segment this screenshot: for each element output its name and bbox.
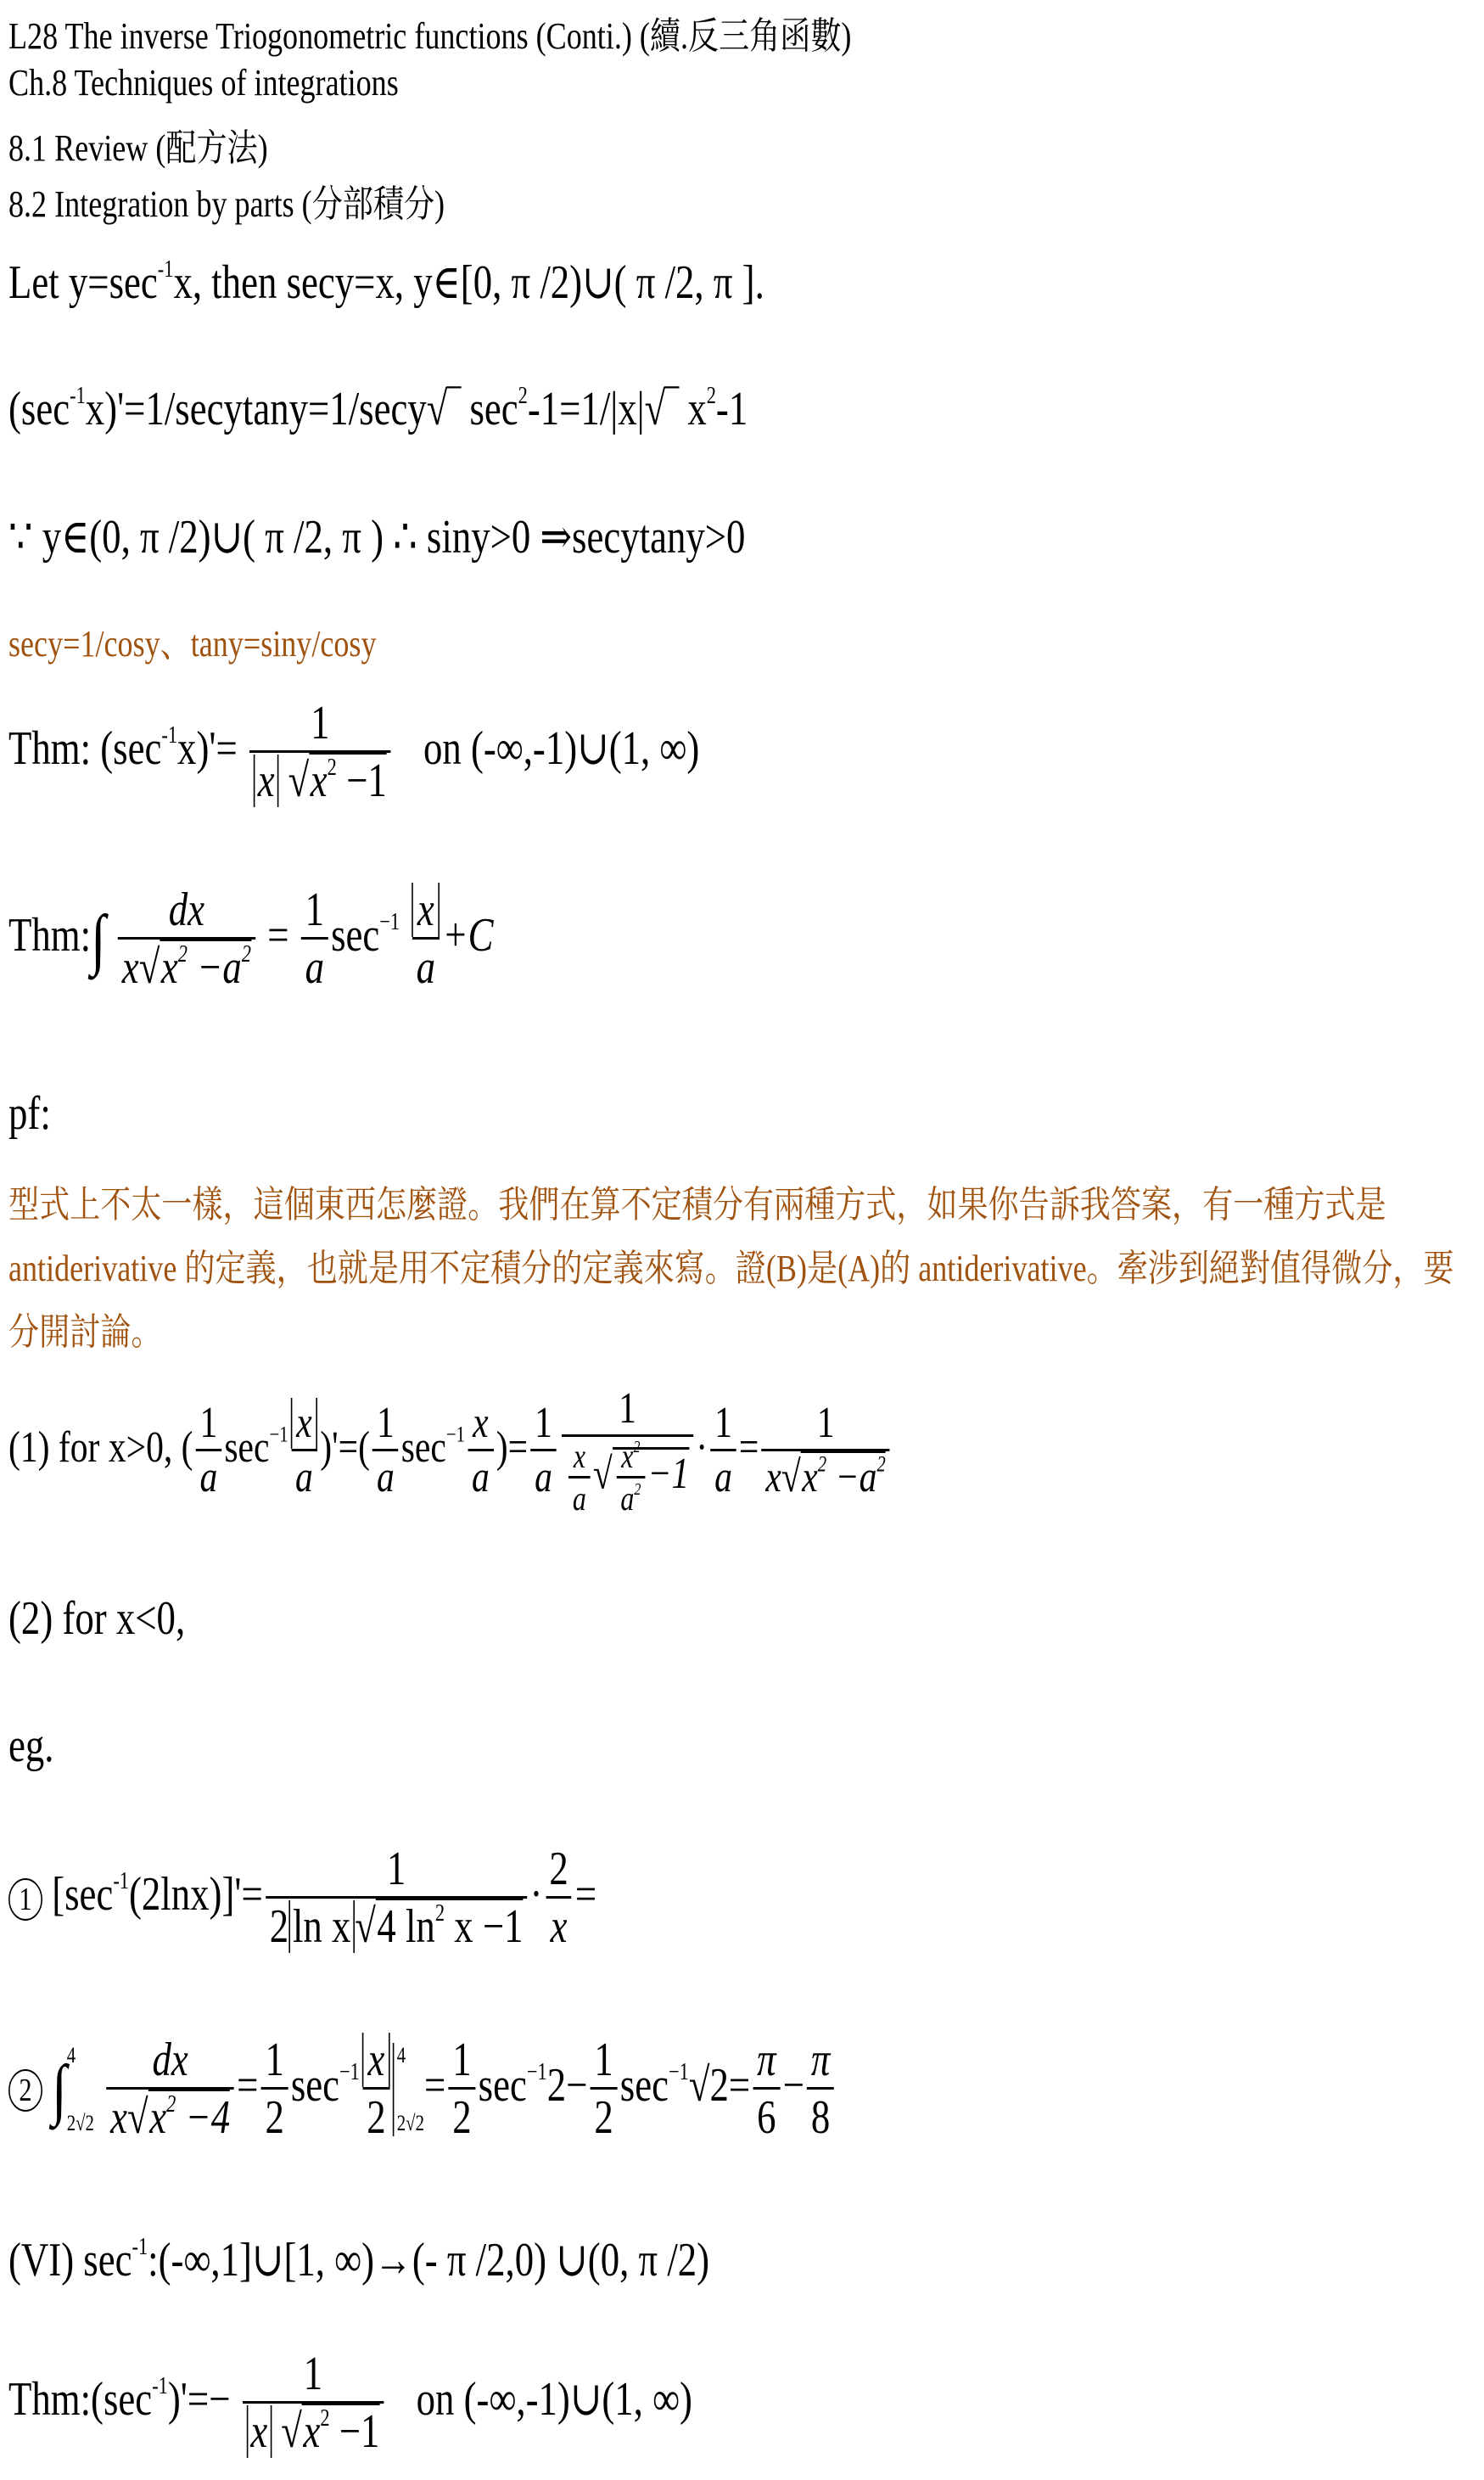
numerator: x: [291, 1398, 317, 1449]
text: sec: [224, 1423, 269, 1472]
fraction: 1a: [301, 883, 328, 997]
equals: =: [237, 2059, 258, 2112]
abs-value: ln x: [288, 1900, 355, 1953]
fraction: 12: [448, 2033, 475, 2147]
radicand: x: [311, 755, 328, 807]
evaluation-bar: 42√2: [393, 2043, 424, 2136]
fraction: 1a: [372, 1398, 398, 1504]
superscript: -1: [158, 256, 174, 283]
superscript: 2: [634, 1480, 641, 1499]
fraction: xa: [468, 1398, 493, 1504]
text: x: [303, 2405, 320, 2458]
text: sec: [331, 909, 379, 962]
numerator: dx: [148, 2033, 193, 2087]
proof-explanation: 型式上不太一樣，這個東西怎麼證。我們在算不定積分有兩種方式，如果你告訴我答案，有…: [8, 1173, 1470, 1364]
fraction: dx x√x2 −a2: [118, 883, 255, 997]
numerator: π: [753, 2033, 780, 2087]
numerator: 1: [530, 1398, 556, 1449]
superscript: −1: [379, 909, 400, 935]
numerator: 1: [301, 883, 328, 937]
superscript: -1: [132, 2234, 148, 2260]
text: x: [161, 941, 178, 994]
text: (1) for x>0,: [8, 1423, 172, 1472]
superscript: 2: [707, 383, 716, 409]
numerator: 1: [710, 1398, 736, 1449]
text: -1: [716, 383, 748, 435]
numerator: 1: [306, 696, 333, 750]
numerator: x: [412, 883, 440, 937]
domain-text: on (-∞,-1)∪(1, ∞): [417, 2373, 692, 2426]
numerator: 1: [300, 2347, 327, 2401]
text: x)'=: [177, 722, 238, 775]
integral-sign: ∫: [52, 2052, 67, 2127]
denominator: a: [710, 1449, 736, 1504]
fraction: x2: [362, 2033, 390, 2147]
lecture-title: L28 The inverse Triogonometric functions…: [8, 5, 851, 59]
fraction: 1a: [530, 1398, 556, 1504]
superscript: −1: [527, 2059, 547, 2085]
equals: =: [424, 2059, 445, 2112]
text: −a: [826, 1453, 876, 1501]
derivative-derivation-line: (sec-1x)'=1/secytany=1/secy√‾ sec2-1=1/|…: [8, 382, 748, 436]
text: x: [122, 941, 139, 994]
denominator: 8: [807, 2087, 834, 2146]
abs-value: x: [247, 2405, 272, 2458]
text: +C: [442, 909, 493, 962]
denominator: x: [546, 1896, 571, 1955]
proof-label: pf:: [8, 1086, 51, 1141]
fraction: 1 x √x2 −1: [243, 2347, 384, 2461]
text: (: [182, 1423, 193, 1472]
fraction: 1x√x2 −a2: [762, 1398, 890, 1504]
text: x: [110, 2091, 127, 2144]
theorem-sec-inverse-derivative: Thm: (sec-1x)'= 1 x √x2 −1 on (-∞,-1)∪(1…: [8, 696, 699, 811]
superscript: −1: [339, 2059, 360, 2085]
numerator: 1: [372, 1398, 398, 1449]
superscript: 2: [178, 941, 188, 968]
text: √2: [689, 2059, 729, 2112]
numerator: 1: [448, 2033, 475, 2087]
upper-limit: 4: [67, 2043, 94, 2068]
numerator: x: [569, 1437, 590, 1476]
theorem-negative-derivative: Thm:(sec-1)'=− 1 x √x2 −1 on (-∞,-1)∪(1,…: [8, 2347, 692, 2461]
domain-text: on (-∞,-1)∪(1, ∞): [423, 722, 699, 775]
superscript: −1: [669, 2059, 689, 2085]
fraction: 1 x √x2 −1: [249, 696, 390, 811]
text: −4: [176, 2091, 230, 2144]
circled-number-2: 2: [8, 2069, 42, 2112]
circled-number-1: 1: [8, 1878, 42, 1921]
text: x: [149, 2091, 166, 2144]
text: −1: [647, 1450, 689, 1498]
text: x, then secy=x, y∈[0, π /2)∪( π /2, π ].: [173, 256, 764, 309]
denominator: 2: [261, 2087, 288, 2146]
fraction: 12: [591, 2033, 618, 2147]
fraction: xa: [412, 883, 440, 997]
numerator: 2: [546, 1842, 573, 1896]
fraction: 12ln x√4 ln2 x −1: [266, 1842, 527, 1956]
denominator: x √x2 −1: [249, 750, 390, 810]
superscript: −1: [269, 1422, 288, 1446]
text: x: [802, 1453, 817, 1501]
text: (2lnx)]'=: [129, 1868, 263, 1921]
integral-sign: ∫: [91, 902, 106, 977]
text: −: [783, 2059, 804, 2112]
example-label: eg.: [8, 1719, 53, 1773]
superscript: −1: [446, 1422, 465, 1446]
numerator: x: [362, 2033, 390, 2087]
superscript: 2: [633, 1438, 640, 1456]
text: ·: [530, 1868, 543, 1921]
fraction: 1xa√x2a2−1: [562, 1383, 693, 1519]
numerator: π: [807, 2033, 834, 2087]
denominator: x√x2 −a2: [118, 937, 255, 996]
text: )'=−: [168, 2373, 231, 2426]
text: sec: [401, 1423, 446, 1472]
numerator: 1: [196, 1398, 221, 1449]
text: x: [621, 1437, 633, 1475]
superscript: -1: [113, 1868, 129, 1894]
denominator: 6: [753, 2087, 780, 2146]
superscript: -1: [161, 722, 177, 749]
text: Thm:(sec: [8, 2373, 152, 2426]
text: [sec: [52, 1868, 113, 1921]
text: x)'=1/secytany=1/secy√‾ sec: [86, 383, 518, 435]
denominator: xa√x2a2−1: [562, 1434, 693, 1519]
section-8-1: 8.1 Review (配方法): [8, 117, 268, 171]
text: (VI) sec: [8, 2234, 132, 2286]
text: x −1: [445, 1900, 523, 1953]
text: )=: [496, 1423, 528, 1472]
text: Thm: (sec: [8, 722, 161, 775]
fraction: 1a: [710, 1398, 736, 1504]
text: sec: [291, 2059, 339, 2112]
denominator: x √x2 −1: [243, 2401, 384, 2460]
case-x-negative: (2) for x<0,: [8, 1591, 185, 1646]
superscript: 2: [518, 383, 528, 409]
chapter-title: Ch.8 Techniques of integrations: [8, 61, 399, 104]
fraction: xa: [291, 1398, 317, 1504]
superscript: 2: [242, 941, 251, 968]
section-8-2: 8.2 Integration by parts (分部積分): [8, 173, 445, 227]
equals: =: [575, 1868, 596, 1921]
text: −: [566, 2059, 587, 2112]
text: a: [620, 1479, 634, 1518]
denominator: a: [372, 1449, 398, 1504]
identity-note: secy=1/cosy、tany=siny/cosy: [8, 613, 377, 667]
denominator: 2: [362, 2087, 389, 2146]
upper-limit: 4: [397, 2043, 424, 2068]
definition-line: Let y=sec-1x, then secy=x, y∈[0, π /2)∪(…: [8, 255, 764, 310]
arcsec-domain-range: (VI) sec-1:(-∞,1]∪[1, ∞)→(- π /2,0) ∪(0,…: [8, 2232, 709, 2287]
fraction: dxx√x2 −4: [106, 2033, 234, 2147]
equals: =: [729, 2059, 750, 2112]
superscript: 2: [166, 2091, 176, 2118]
superscript: -1: [152, 2373, 168, 2399]
denominator: a: [468, 1449, 493, 1504]
superscript: 2: [320, 2405, 329, 2432]
text: -1=1/|x|√‾ x: [528, 383, 707, 435]
fraction: xa: [568, 1437, 591, 1519]
text: (sec: [8, 383, 70, 435]
numerator: 1: [813, 1398, 838, 1449]
text: Thm:: [8, 909, 91, 962]
text: sec: [620, 2059, 669, 2112]
superscript: 2: [818, 1452, 826, 1477]
denominator: a: [291, 1449, 316, 1504]
numerator: 1: [614, 1383, 640, 1434]
numerator: dx: [165, 883, 209, 937]
text: −1: [330, 2405, 380, 2458]
denominator: 2: [448, 2087, 475, 2146]
case-x-positive: (1) for x>0, (1asec−1xa)'=(1asec−1xa)=1a…: [8, 1383, 893, 1519]
integral-limits: 42√2: [67, 2043, 94, 2136]
denominator: a: [568, 1476, 591, 1519]
text: ·: [696, 1423, 708, 1472]
numerator: x: [468, 1398, 492, 1449]
text: )'=(: [320, 1423, 370, 1472]
fraction: 12: [261, 2033, 288, 2147]
denominator: 2: [591, 2087, 618, 2146]
text: −a: [188, 941, 242, 994]
text: x: [765, 1453, 781, 1501]
denominator: 2ln x√4 ln2 x −1: [266, 1896, 527, 1955]
abs-value: x: [254, 755, 278, 807]
example-2: 2 ∫42√2 dxx√x2 −4=12sec−1x242√2=12sec−12…: [8, 2033, 837, 2147]
fraction: x2a2: [617, 1437, 646, 1519]
text: 4 ln: [377, 1900, 434, 1953]
denominator: x√x2 −4: [106, 2087, 234, 2146]
text: Let y=sec: [8, 256, 158, 309]
denominator: a: [412, 937, 440, 996]
equals: =: [739, 1423, 759, 1472]
lower-limit: 2√2: [397, 2111, 424, 2136]
fraction: π6: [753, 2033, 780, 2147]
denominator: a: [530, 1449, 556, 1504]
fraction: π8: [807, 2033, 834, 2147]
because-therefore-line: ∵ y∈(0, π /2)∪( π /2, π ) ∴ siny>0 ⇒secy…: [8, 509, 745, 564]
denominator: x√x2 −a2: [762, 1449, 890, 1504]
superscript: 2: [876, 1452, 885, 1477]
fraction: 1a: [196, 1398, 221, 1504]
example-1: 1 [sec-1(2lnx)]'=12ln x√4 ln2 x −1·2x=: [8, 1842, 596, 1956]
lower-limit: 2√2: [67, 2111, 94, 2136]
numerator: 1: [383, 1842, 410, 1896]
text: sec: [479, 2059, 527, 2112]
text: 2: [270, 1900, 288, 1953]
denominator: a: [301, 937, 328, 996]
text: :(-∞,1]∪[1, ∞)→(- π /2,0) ∪(0, π /2): [148, 2234, 709, 2286]
text: −1: [337, 755, 387, 807]
superscript: -1: [70, 383, 86, 409]
numerator: 1: [261, 2033, 288, 2087]
denominator: a: [196, 1449, 221, 1504]
superscript: 2: [328, 755, 337, 781]
text: 2: [547, 2059, 566, 2112]
theorem-integral: Thm:∫ dx x√x2 −a2 = 1asec−1 xa+C: [8, 883, 494, 997]
numerator: 1: [591, 2033, 618, 2087]
equals: =: [267, 909, 288, 962]
superscript: 2: [435, 1900, 445, 1927]
fraction: 2x: [546, 1842, 573, 1956]
